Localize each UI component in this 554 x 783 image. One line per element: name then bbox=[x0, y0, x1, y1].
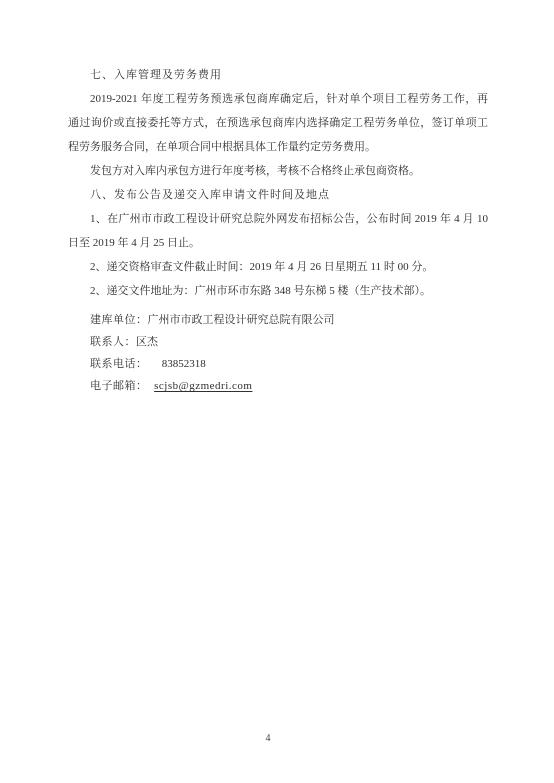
contact-email: 电子邮箱：scjsb@gzmedri.com bbox=[90, 375, 488, 397]
text-line: 程劳务服务合同，在单项合同中根据具体工作量约定劳务费用。 bbox=[68, 135, 488, 159]
contact-phone: 联系电话：83852318 bbox=[90, 353, 488, 375]
email-link[interactable]: scjsb@gzmedri.com bbox=[154, 380, 252, 392]
text-line: 通过询价或直接委托等方式，在预选承包商库内选择确定工程劳务单位，签订单项工 bbox=[68, 111, 488, 135]
text-line: 2、递交文件地址为：广州市环市东路 348 号东梯 5 楼（生产技术部）。 bbox=[68, 279, 488, 303]
text-line: 日至 2019 年 4 月 25 日止。 bbox=[68, 231, 488, 255]
contact-block: 建库单位：广州市市政工程设计研究总院有限公司联系人：区杰联系电话：8385231… bbox=[68, 309, 488, 397]
contact-phone-label: 联系电话： bbox=[90, 358, 148, 370]
text-line: 1、在广州市市政工程设计研究总院外网发布招标公告，公布时间 2019 年 4 月… bbox=[68, 207, 488, 231]
contact-email-label: 电子邮箱： bbox=[90, 380, 148, 392]
page-number: 4 bbox=[0, 733, 536, 744]
contact-org-value: 广州市市政工程设计研究总院有限公司 bbox=[148, 314, 335, 326]
section-7-heading: 七、入库管理及劳务费用 bbox=[68, 63, 488, 87]
text-line: 2、递交资格审查文件截止时间：2019 年 4 月 26 日星期五 11 时 0… bbox=[68, 255, 488, 279]
text-line: 发包方对入库内承包方进行年度考核，考核不合格终止承包商资格。 bbox=[68, 159, 488, 183]
document-body: 七、入库管理及劳务费用2019-2021 年度工程劳务预选承包商库确定后，针对单… bbox=[68, 63, 488, 397]
contact-phone-value: 83852318 bbox=[162, 358, 206, 370]
contact-person-value: 区杰 bbox=[136, 336, 158, 348]
contact-person: 联系人：区杰 bbox=[90, 331, 488, 353]
contact-org: 建库单位：广州市市政工程设计研究总院有限公司 bbox=[90, 309, 488, 331]
text-line: 2019-2021 年度工程劳务预选承包商库确定后，针对单个项目工程劳务工作，再 bbox=[68, 87, 488, 111]
document-page: 七、入库管理及劳务费用2019-2021 年度工程劳务预选承包商库确定后，针对单… bbox=[0, 0, 554, 783]
contact-org-label: 建库单位： bbox=[90, 314, 148, 326]
section-8-heading: 八、发布公告及递交入库申请文件时间及地点 bbox=[68, 183, 488, 207]
contact-person-label: 联系人： bbox=[90, 336, 136, 348]
